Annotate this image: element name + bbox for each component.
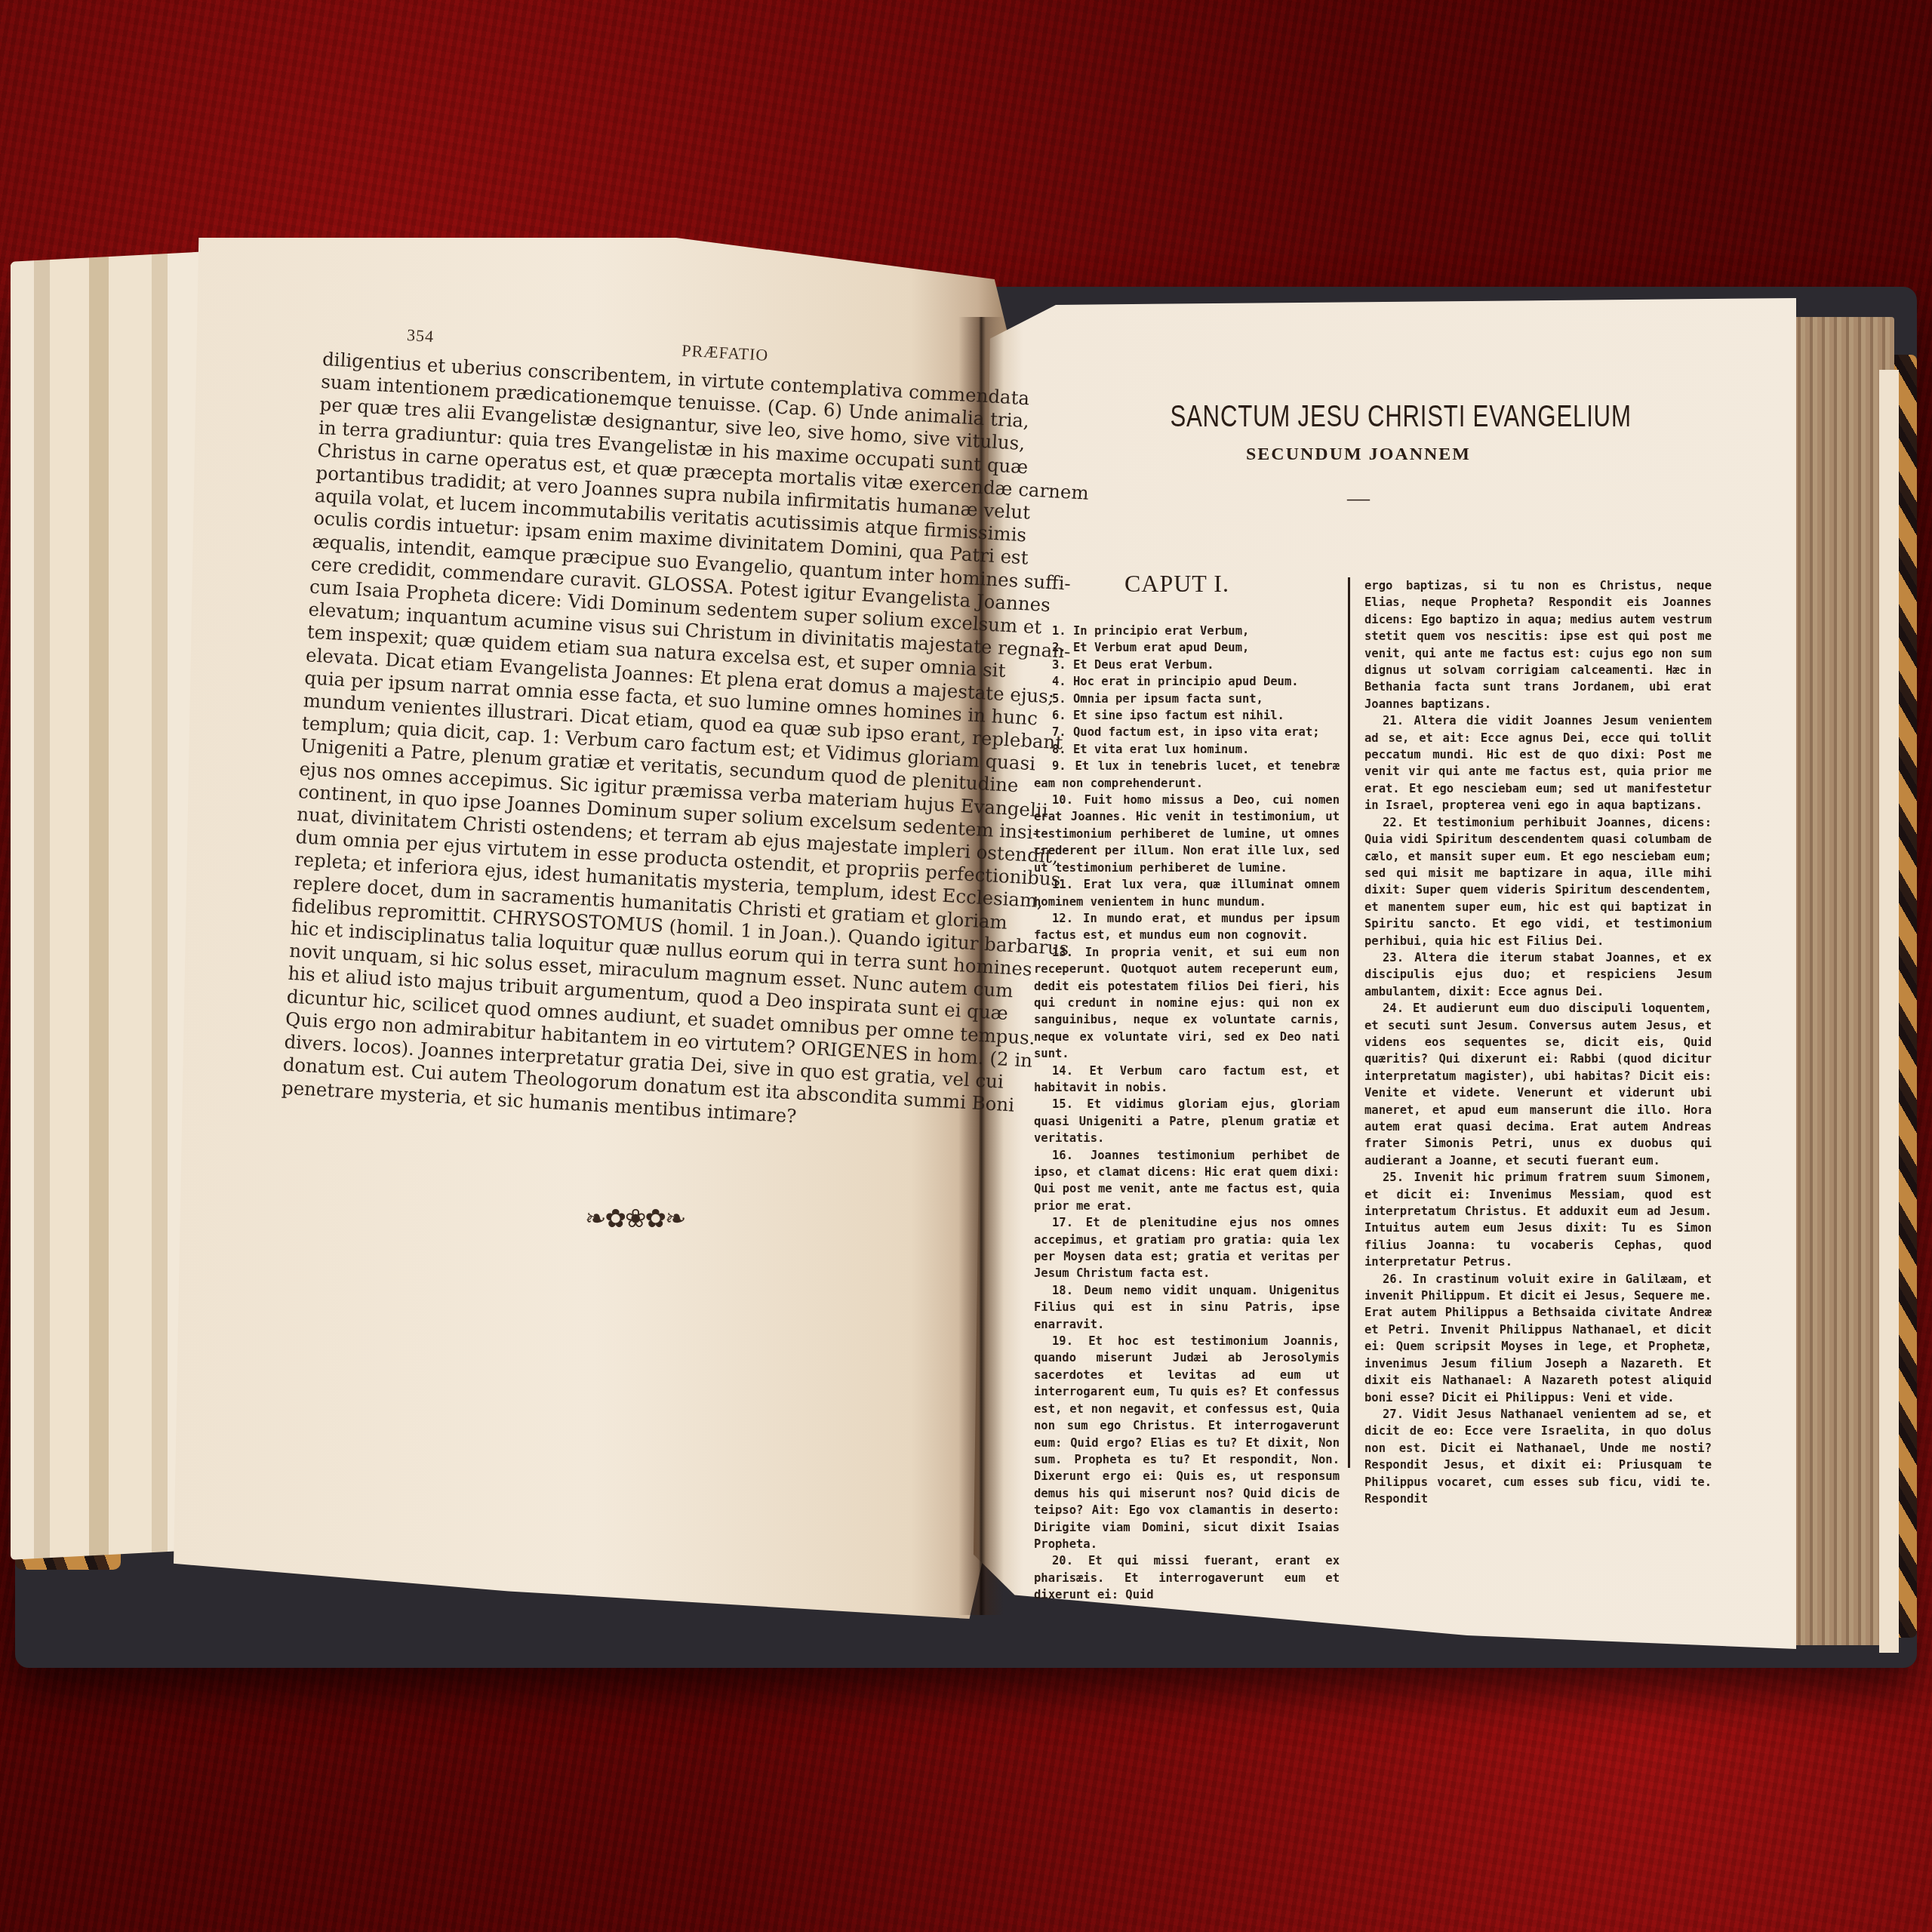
praefatio-paragraph: diligentius et uberius conscribentem, in… bbox=[281, 348, 1001, 1137]
verse: 18. Deum nemo vidit unquam. Unigenitus F… bbox=[1034, 1282, 1340, 1333]
verse: ergo baptizas, si tu non es Christus, ne… bbox=[1364, 577, 1712, 712]
verse: 23. Altera die iterum stabat Joannes, et… bbox=[1364, 949, 1712, 1000]
verse: 2. Et Verbum erat apud Deum, bbox=[1034, 639, 1340, 656]
page-number: 354 bbox=[406, 325, 434, 346]
verse: 21. Altera die vidit Joannes Jesum venie… bbox=[1364, 712, 1712, 814]
verse: 6. Et sine ipso factum est nihil. bbox=[1034, 707, 1340, 724]
page-edge-right-tip bbox=[1879, 370, 1899, 1653]
gospel-heading: SANCTUM JESU CHRISTI EVANGELIUM SECUNDUM… bbox=[1117, 400, 1600, 512]
verse: 11. Erat lux vera, quæ illuminat omnem h… bbox=[1034, 876, 1340, 910]
left-page-text: 354 PRÆFATIO diligentius et uberius cons… bbox=[281, 321, 1002, 1137]
fleuron-ornament: ❧✿❀✿❧ bbox=[585, 1204, 685, 1234]
verse: 19. Et hoc est testimonium Joannis, quan… bbox=[1034, 1333, 1340, 1552]
chapter-heading: CAPUT I. bbox=[1124, 570, 1229, 598]
verse: 4. Hoc erat in principio apud Deum. bbox=[1034, 673, 1340, 690]
page-edges-left bbox=[11, 251, 207, 1560]
title-separator: — bbox=[1117, 486, 1600, 512]
verse: 1. In principio erat Verbum, bbox=[1034, 623, 1340, 639]
page-edges-right bbox=[1781, 317, 1894, 1645]
verse: 8. Et vita erat lux hominum. bbox=[1034, 741, 1340, 758]
verse: 13. In propria venit, et sui eum non rec… bbox=[1034, 944, 1340, 1063]
verse: 16. Joannes testimonium perhibet de ipso… bbox=[1034, 1147, 1340, 1215]
verse: 5. Omnia per ipsum facta sunt, bbox=[1034, 691, 1340, 707]
verse: 3. Et Deus erat Verbum. bbox=[1034, 657, 1340, 673]
verse: 27. Vidit Jesus Nathanael venientem ad s… bbox=[1364, 1406, 1712, 1507]
verse: 10. Fuit homo missus a Deo, cui nomen er… bbox=[1034, 792, 1340, 876]
verse: 20. Et qui missi fuerant, erant ex phari… bbox=[1034, 1552, 1340, 1603]
verse: 24. Et audierunt eum duo discipuli loque… bbox=[1364, 1000, 1712, 1169]
verse: 12. In mundo erat, et mundus per ipsum f… bbox=[1034, 910, 1340, 944]
verse: 25. Invenit hic primum fratrem suum Simo… bbox=[1364, 1169, 1712, 1270]
verse: 7. Quod factum est, in ipso vita erat; bbox=[1034, 724, 1340, 740]
verse: 14. Et Verbum caro factum est, et habita… bbox=[1034, 1063, 1340, 1097]
verse: 22. Et testimonium perhibuit Joannes, di… bbox=[1364, 814, 1712, 949]
gospel-subtitle: SECUNDUM JOANNEM bbox=[1117, 445, 1600, 465]
running-head-title: PRÆFATIO bbox=[681, 341, 769, 365]
verse: 15. Et vidimus gloriam ejus, gloriam qua… bbox=[1034, 1096, 1340, 1146]
verse-column-right: ergo baptizas, si tu non es Christus, ne… bbox=[1364, 577, 1712, 1507]
column-rule bbox=[1348, 577, 1350, 1468]
verse: 9. Et lux in tenebris lucet, et tenebræ … bbox=[1034, 758, 1340, 792]
gospel-title: SANCTUM JESU CHRISTI EVANGELIUM bbox=[1170, 400, 1546, 434]
verse-column-left: 1. In principio erat Verbum,2. Et Verbum… bbox=[1034, 623, 1340, 1604]
verse: 17. Et de plenitudine ejus nos omnes acc… bbox=[1034, 1214, 1340, 1282]
verse: 26. In crastinum voluit exire in Galilæa… bbox=[1364, 1271, 1712, 1406]
